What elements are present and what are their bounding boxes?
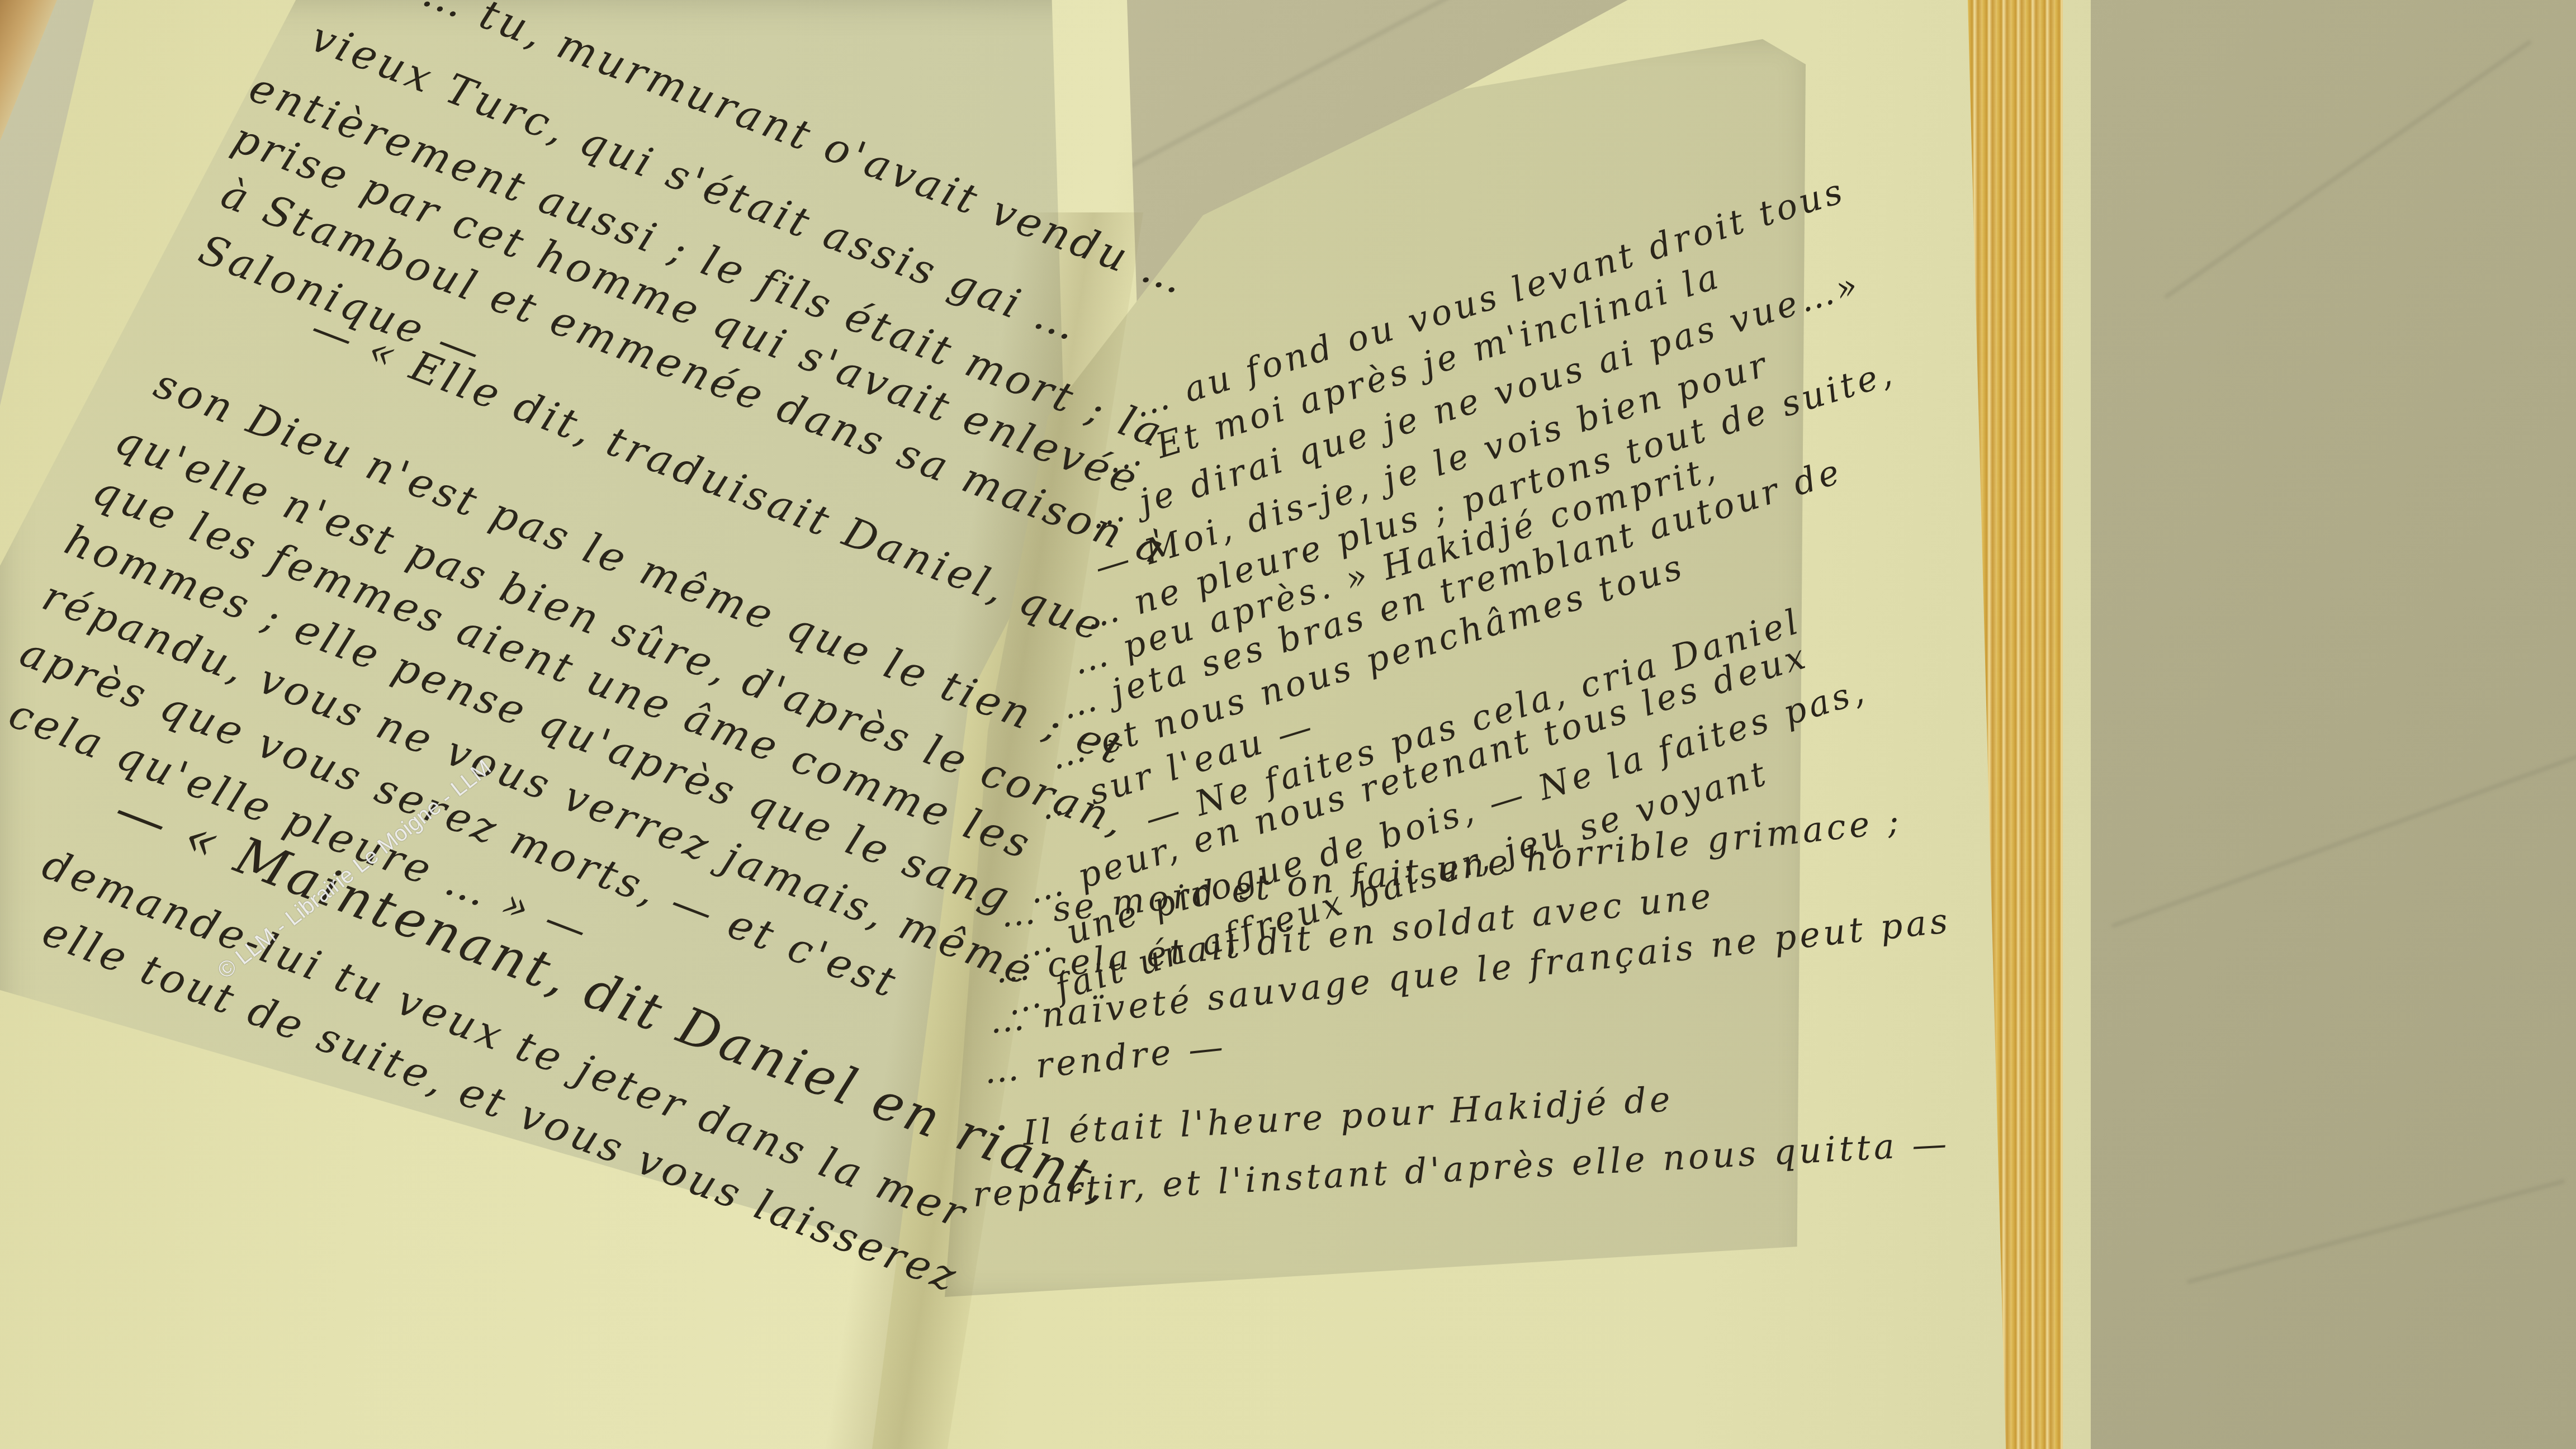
marble-vein <box>2164 40 2532 299</box>
book-photo: … tu, murmurant o'avait vendu … vieux Tu… <box>0 0 2576 1449</box>
marble-vein <box>2186 1180 2565 1284</box>
marble-vein <box>2111 752 2576 927</box>
